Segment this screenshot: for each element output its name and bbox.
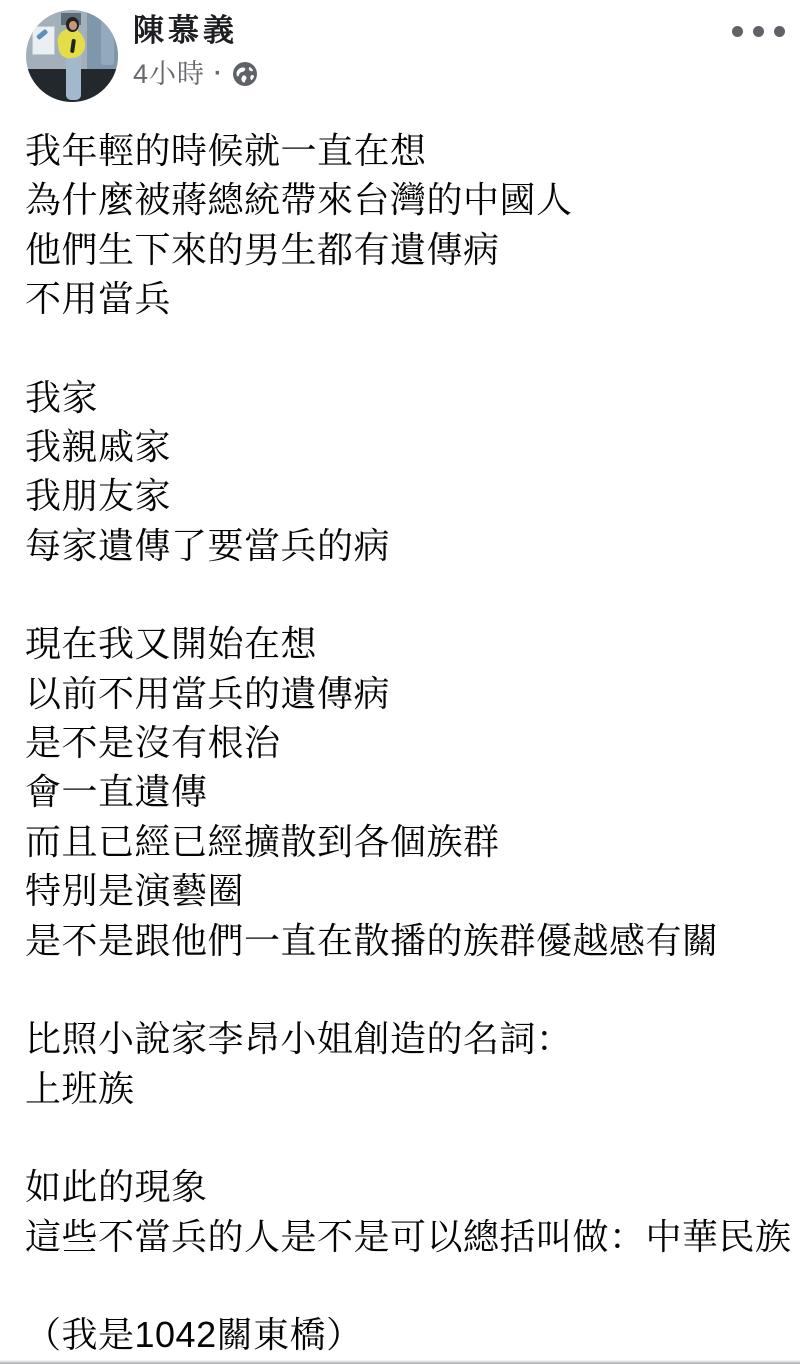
post-text-line: 他們生下來的男生都有遺傳病 — [25, 225, 786, 274]
attachment-top-edge — [0, 1360, 800, 1364]
post-text-line: 是不是沒有根治 — [25, 718, 786, 767]
post-text-line: 每家遺傳了要當兵的病 — [25, 521, 786, 570]
facebook-post: 陳慕義 4小時 · 我年輕的時候就一直在想 為什麼被蔣總統帶來台灣的中國人 他們… — [0, 0, 800, 1364]
post-meta: 4小時 · — [133, 59, 258, 89]
post-text-line: 不用當兵 — [25, 274, 786, 323]
post-text-line — [25, 570, 786, 619]
post-text-line: 而且已經已經擴散到各個族群 — [25, 817, 786, 866]
author-name[interactable]: 陳慕義 — [133, 12, 238, 50]
post-text-line: 我年輕的時候就一直在想 — [25, 126, 786, 175]
post-text-line: 我親戚家 — [25, 422, 786, 471]
post-text-line: 會一直遺傳 — [25, 767, 786, 816]
post-text-line: 上班族 — [25, 1064, 786, 1113]
globe-icon — [232, 61, 258, 87]
post-text-line: 特別是演藝圈 — [25, 866, 786, 915]
meta-separator: · — [214, 59, 223, 89]
post-text-line — [25, 1113, 786, 1162]
timestamp[interactable]: 4小時 — [133, 59, 205, 89]
post-text-line: （我是1042關東橋） — [25, 1310, 786, 1359]
avatar-art — [101, 17, 114, 65]
post-text-line: 這些不當兵的人是不是可以總括叫做：中華民族 — [25, 1212, 786, 1261]
post-text-line: 比照小說家李昂小姐創造的名詞： — [25, 1014, 786, 1063]
post-text-line: 如此的現象 — [25, 1162, 786, 1211]
post-text-line — [25, 965, 786, 1014]
ellipsis-icon — [774, 26, 785, 37]
post-text-line: 我家 — [25, 373, 786, 422]
post-text-line — [25, 1261, 786, 1310]
post-body: 我年輕的時候就一直在想 為什麼被蔣總統帶來台灣的中國人 他們生下來的男生都有遺傳… — [25, 126, 786, 1360]
post-text-line: 我朋友家 — [25, 471, 786, 520]
avatar[interactable] — [26, 10, 118, 102]
ellipsis-icon — [732, 26, 743, 37]
post-text-line — [25, 323, 786, 372]
avatar-art — [69, 21, 76, 30]
post-text-line: 以前不用當兵的遺傳病 — [25, 669, 786, 718]
post-text-line: 為什麼被蔣總統帶來台灣的中國人 — [25, 175, 786, 224]
ellipsis-icon — [753, 26, 764, 37]
post-text-line: 現在我又開始在想 — [25, 619, 786, 668]
post-menu-button[interactable] — [728, 22, 789, 41]
post-text-line: 是不是跟他們一直在散播的族群優越感有關 — [25, 916, 786, 965]
